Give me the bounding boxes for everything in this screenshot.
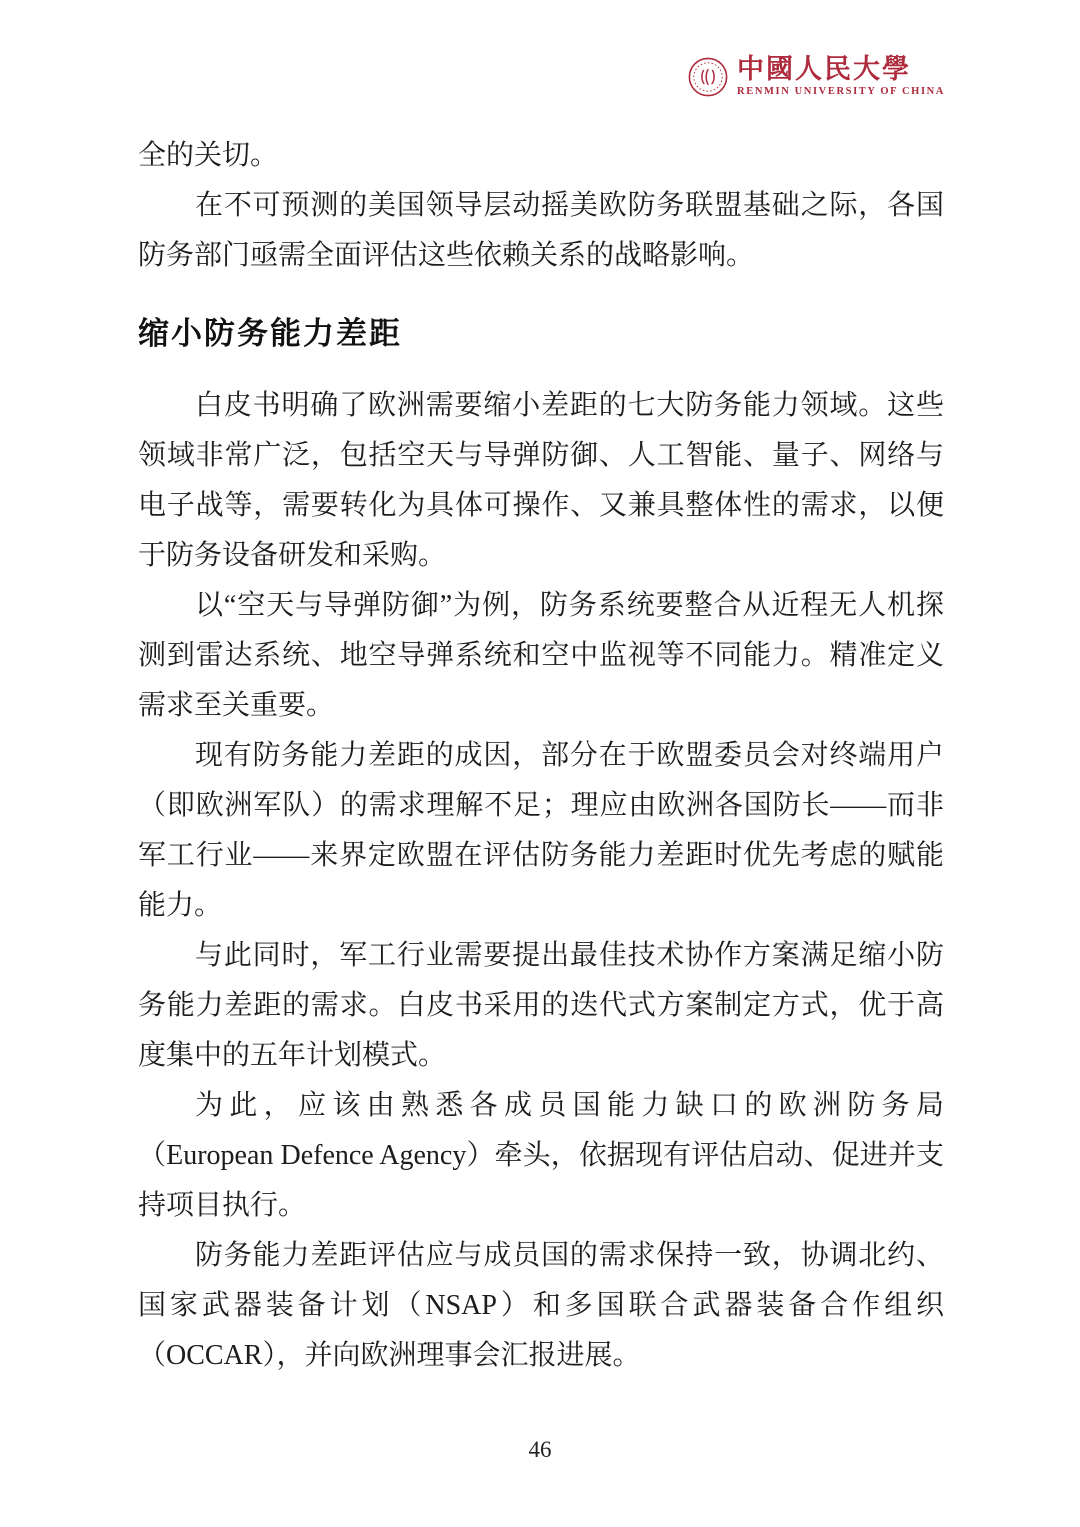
page-number: 46 xyxy=(529,1437,552,1462)
paragraph: 在不可预测的美国领导层动摇美欧防务联盟基础之际，各国防务部门亟需全面评估这些依赖… xyxy=(138,181,944,281)
paragraph: 白皮书明确了欧洲需要缩小差距的七大防务能力领域。这些领域非常广泛，包括空天与导弹… xyxy=(138,381,944,581)
paragraph: 与此同时，军工行业需要提出最佳技术协作方案满足缩小防务能力差距的需求。白皮书采用… xyxy=(138,931,944,1081)
paragraph: 以“空天与导弹防御”为例，防务系统要整合从近程无人机探测到雷达系统、地空导弹系统… xyxy=(138,581,944,731)
university-logo: 中國人民大學 RENMIN UNIVERSITY OF CHINA xyxy=(688,56,945,97)
paragraph: 为此，应该由熟悉各成员国能力缺口的欧洲防务局（European Defence … xyxy=(138,1081,944,1231)
university-name-chinese: 中國人民大學 xyxy=(737,56,911,84)
page-footer: 46 xyxy=(0,1437,1080,1463)
paragraph: 现有防务能力差距的成因，部分在于欧盟委员会对终端用户（即欧洲军队）的需求理解不足… xyxy=(138,731,944,931)
document-body: 全的关切。 在不可预测的美国领导层动摇美欧防务联盟基础之际，各国防务部门亟需全面… xyxy=(138,131,944,1381)
paragraph-continuation: 全的关切。 xyxy=(138,131,944,181)
document-page: { "header": { "logo": { "cn_name": "中國人民… xyxy=(0,0,1080,1527)
renmin-university-seal-icon xyxy=(688,57,728,97)
paragraph: 防务能力差距评估应与成员国的需求保持一致，协调北约、国家武器装备计划（NSAP）… xyxy=(138,1231,944,1381)
university-name-english: RENMIN UNIVERSITY OF CHINA xyxy=(737,86,945,97)
university-names: 中國人民大學 RENMIN UNIVERSITY OF CHINA xyxy=(737,56,945,97)
section-heading: 缩小防务能力差距 xyxy=(138,312,944,356)
